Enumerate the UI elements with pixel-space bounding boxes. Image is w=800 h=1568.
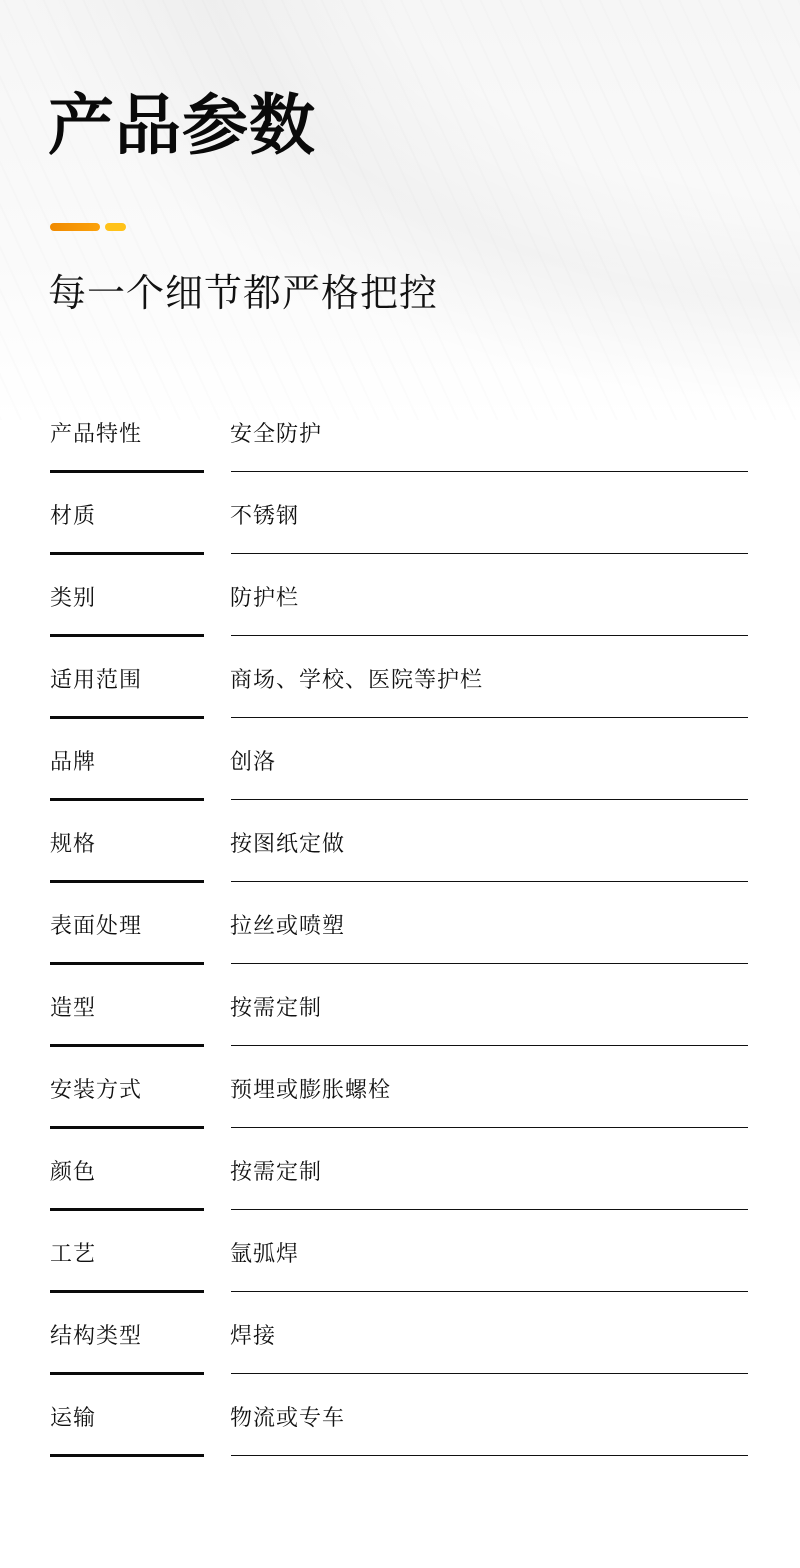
- spec-value: 不锈钢: [230, 502, 299, 532]
- spec-label: 适用范围: [50, 666, 142, 696]
- spec-row-surface-treatment: 表面处理 拉丝或喷塑: [0, 882, 800, 964]
- spec-value: 商场、学校、医院等护栏: [230, 666, 483, 696]
- spec-row-application: 适用范围 商场、学校、医院等护栏: [0, 636, 800, 718]
- spec-value: 创洛: [230, 748, 276, 778]
- spec-row-structure-type: 结构类型 焊接: [0, 1292, 800, 1374]
- label-divider: [50, 1454, 204, 1457]
- spec-label: 颜色: [50, 1158, 96, 1188]
- spec-label: 安装方式: [50, 1076, 142, 1106]
- spec-value: 拉丝或喷塑: [230, 912, 345, 942]
- spec-row-installation: 安装方式 预埋或膨胀螺栓: [0, 1046, 800, 1128]
- accent-bar-secondary: [105, 223, 126, 231]
- spec-value: 按图纸定做: [230, 830, 345, 860]
- value-divider: [231, 1455, 748, 1456]
- spec-value: 防护栏: [230, 584, 299, 614]
- spec-table: 产品特性 安全防护 材质 不锈钢 类别 防护栏 适用范围 商场、学校、医院等护栏…: [0, 390, 800, 1456]
- accent-bar-primary: [50, 223, 100, 231]
- spec-value: 物流或专车: [230, 1404, 345, 1434]
- spec-value: 预埋或膨胀螺栓: [230, 1076, 391, 1106]
- spec-value: 按需定制: [230, 1158, 322, 1188]
- spec-row-product-feature: 产品特性 安全防护: [0, 390, 800, 472]
- page-subtitle: 每一个细节都严格把控: [48, 268, 438, 318]
- spec-label: 产品特性: [50, 420, 142, 450]
- spec-label: 工艺: [50, 1240, 96, 1270]
- spec-label: 类别: [50, 584, 96, 614]
- spec-row-craft: 工艺 氩弧焊: [0, 1210, 800, 1292]
- spec-label: 结构类型: [50, 1322, 142, 1352]
- spec-row-transport: 运输 物流或专车: [0, 1374, 800, 1456]
- page-title: 产品参数: [48, 86, 316, 166]
- spec-row-color: 颜色 按需定制: [0, 1128, 800, 1210]
- spec-row-brand: 品牌 创洛: [0, 718, 800, 800]
- spec-value: 焊接: [230, 1322, 276, 1352]
- spec-label: 品牌: [50, 748, 96, 778]
- spec-label: 造型: [50, 994, 96, 1024]
- spec-label: 材质: [50, 502, 96, 532]
- spec-value: 氩弧焊: [230, 1240, 299, 1270]
- spec-row-shape: 造型 按需定制: [0, 964, 800, 1046]
- background-decoration: [0, 0, 800, 420]
- spec-label: 运输: [50, 1404, 96, 1434]
- spec-label: 规格: [50, 830, 96, 860]
- spec-row-category: 类别 防护栏: [0, 554, 800, 636]
- spec-row-material: 材质 不锈钢: [0, 472, 800, 554]
- spec-row-specification: 规格 按图纸定做: [0, 800, 800, 882]
- spec-value: 按需定制: [230, 994, 322, 1024]
- spec-label: 表面处理: [50, 912, 142, 942]
- spec-value: 安全防护: [230, 420, 322, 450]
